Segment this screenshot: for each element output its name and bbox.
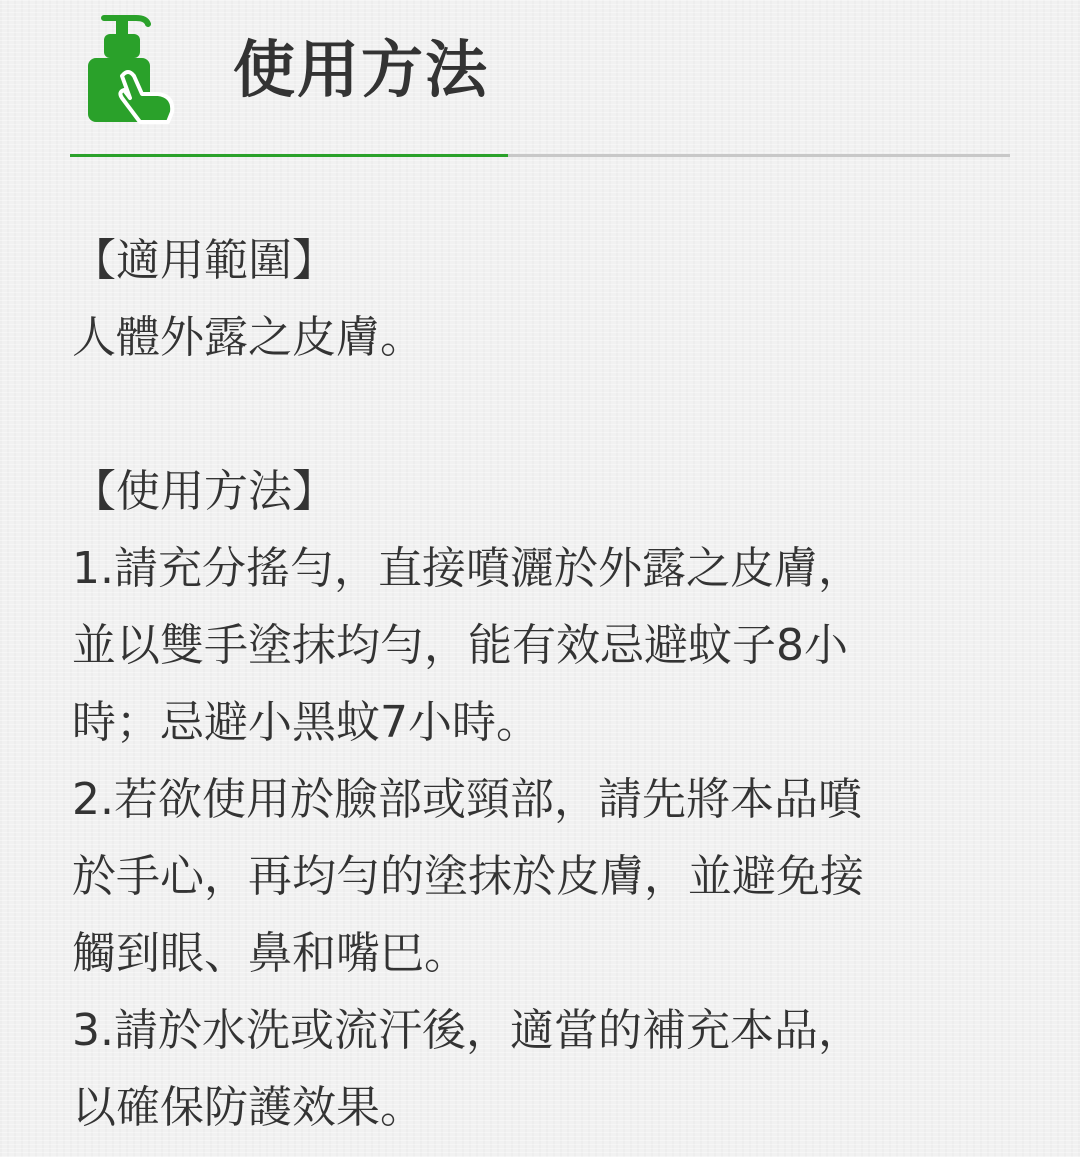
section-header: 使用方法 — [0, 0, 1080, 160]
usage-line: 時；忌避小黑蚊7小時。 — [72, 684, 1012, 761]
page-title: 使用方法 — [233, 30, 489, 110]
section-heading-usage: 【使用方法】 — [72, 453, 1012, 530]
usage-line: 3.請於水洗或流汗後，適當的補充本品， — [72, 992, 1012, 1069]
hand-sanitizer-icon — [88, 12, 178, 124]
usage-line: 以確保防護效果。 — [72, 1069, 1012, 1146]
spacer — [72, 376, 1012, 453]
usage-line: 觸到眼、鼻和嘴巴。 — [72, 915, 1012, 992]
usage-content: 【適用範圍】 人體外露之皮膚。 【使用方法】 1.請充分搖勻，直接噴灑於外露之皮… — [72, 222, 1012, 1146]
section-heading-scope: 【適用範圍】 — [72, 222, 1012, 299]
usage-line: 2.若欲使用於臉部或頸部，請先將本品噴 — [72, 761, 1012, 838]
usage-line: 於手心，再均勻的塗抹於皮膚，並避免接 — [72, 838, 1012, 915]
title-divider — [70, 154, 1010, 157]
usage-line: 1.請充分搖勻，直接噴灑於外露之皮膚， — [72, 530, 1012, 607]
usage-line: 並以雙手塗抹均勻，能有效忌避蚊子8小 — [72, 607, 1012, 684]
title-divider-accent — [70, 154, 508, 157]
scope-text: 人體外露之皮膚。 — [72, 299, 1012, 376]
